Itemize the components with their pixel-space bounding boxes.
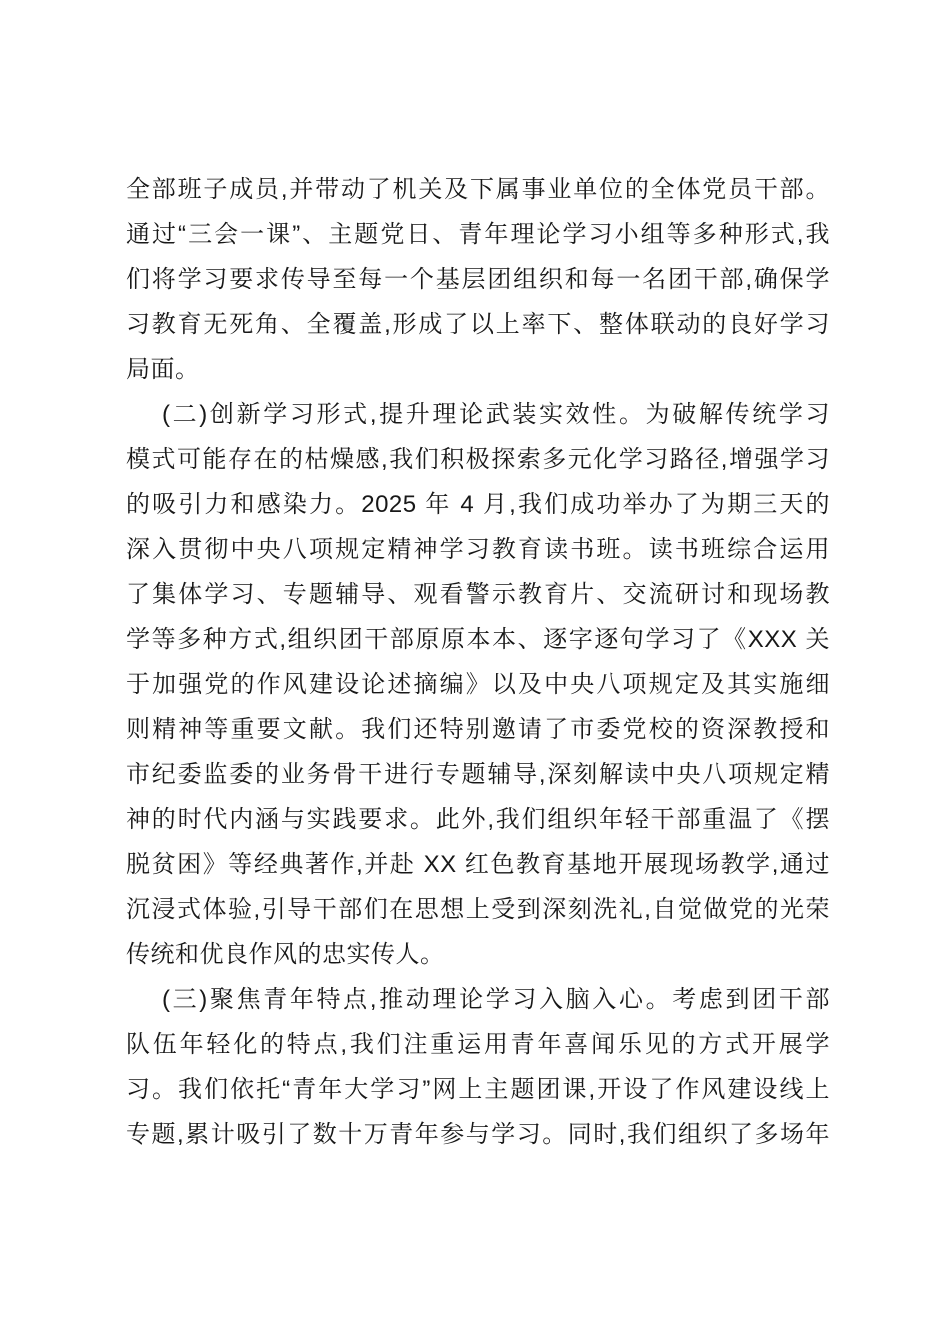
text-line: 了集体学习、专题辅导、观看警示教育片、交流研讨和现场教 [126, 572, 830, 617]
text-line: 于加强党的作风建设论述摘编》以及中央八项规定及其实施细 [126, 662, 830, 707]
text-line: 习教育无死角、全覆盖,形成了以上率下、整体联动的良好学习 [126, 302, 830, 347]
document-text-block: 全部班子成员,并带动了机关及下属事业单位的全体党员干部。通过“三会一课”、主题党… [126, 167, 830, 1157]
text-line: 习。我们依托“青年大学习”网上主题团课,开设了作风建设线上 [126, 1067, 830, 1112]
text-line: 脱贫困》等经典著作,并赴 XX 红色教育基地开展现场教学,通过 [126, 842, 830, 887]
text-line: 模式可能存在的枯燥感,我们积极探索多元化学习路径,增强学习 [126, 437, 830, 482]
text-line: 传统和优良作风的忠实传人。 [126, 932, 830, 977]
paragraph: (二)创新学习形式,提升理论武装实效性。为破解传统学习模式可能存在的枯燥感,我们… [126, 392, 830, 977]
text-line: 的吸引力和感染力。2025 年 4 月,我们成功举办了为期三天的 [126, 482, 830, 527]
text-line: 队伍年轻化的特点,我们注重运用青年喜闻乐见的方式开展学 [126, 1022, 830, 1067]
text-line: 神的时代内涵与实践要求。此外,我们组织年轻干部重温了《摆 [126, 797, 830, 842]
text-line: 学等多种方式,组织团干部原原本本、逐字逐句学习了《XXX 关 [126, 617, 830, 662]
text-line: (二)创新学习形式,提升理论武装实效性。为破解传统学习 [126, 392, 830, 437]
document-page: 全部班子成员,并带动了机关及下属事业单位的全体党员干部。通过“三会一课”、主题党… [0, 0, 950, 1344]
text-line: (三)聚焦青年特点,推动理论学习入脑入心。考虑到团干部 [126, 977, 830, 1022]
text-line: 们将学习要求传导至每一个基层团组织和每一名团干部,确保学 [126, 257, 830, 302]
text-line: 全部班子成员,并带动了机关及下属事业单位的全体党员干部。 [126, 167, 830, 212]
paragraph: (三)聚焦青年特点,推动理论学习入脑入心。考虑到团干部队伍年轻化的特点,我们注重… [126, 977, 830, 1157]
text-line: 沉浸式体验,引导干部们在思想上受到深刻洗礼,自觉做党的光荣 [126, 887, 830, 932]
text-line: 局面。 [126, 347, 830, 392]
paragraph: 全部班子成员,并带动了机关及下属事业单位的全体党员干部。通过“三会一课”、主题党… [126, 167, 830, 392]
text-line: 市纪委监委的业务骨干进行专题辅导,深刻解读中央八项规定精 [126, 752, 830, 797]
text-line: 专题,累计吸引了数十万青年参与学习。同时,我们组织了多场年 [126, 1112, 830, 1157]
text-line: 通过“三会一课”、主题党日、青年理论学习小组等多种形式,我 [126, 212, 830, 257]
text-line: 则精神等重要文献。我们还特别邀请了市委党校的资深教授和 [126, 707, 830, 752]
text-line: 深入贯彻中央八项规定精神学习教育读书班。读书班综合运用 [126, 527, 830, 572]
